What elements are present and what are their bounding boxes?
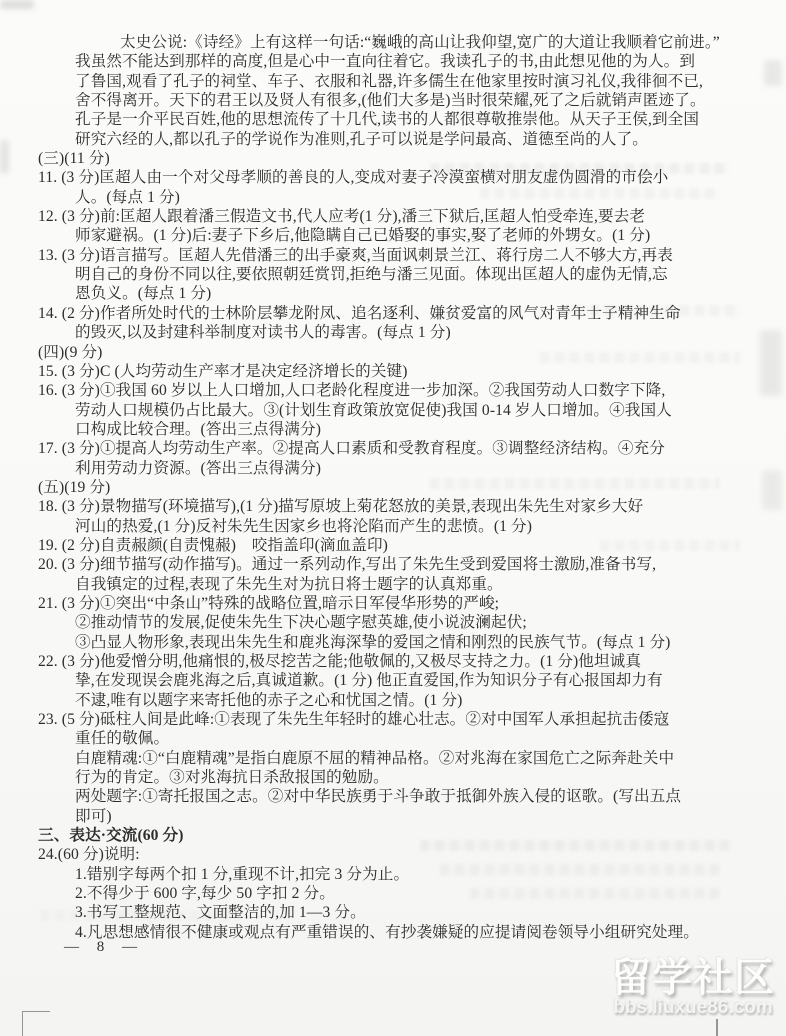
paragraph-line: 了鲁国,观看了孔子的祠堂、车子、衣服和礼器,许多儒生在他家里按时演习礼仪,我徘徊… bbox=[38, 72, 754, 91]
answer-sheet-page: 太史公说:《诗经》上有这样一句话:“巍峨的高山让我仰望,宽广的大道让我顺着它前进… bbox=[0, 0, 786, 1036]
answer-line-continuation: ②推动情节的发展,促使朱先生下决心题字慰英雄,使小说波澜起伏; bbox=[38, 613, 754, 632]
scanned-answer-key-page: { "document": { "lines": [ {"type":"p-fi… bbox=[0, 0, 786, 1036]
answer-line: (五)(19 分) bbox=[38, 478, 754, 497]
answer-line: (四)(9 分) bbox=[38, 343, 754, 362]
answer-line: 24.(60 分)说明: bbox=[38, 845, 754, 864]
answer-line-continuation: 明自己的身份不同以往,要依照朝廷赏罚,拒绝与潘三见面。体现出匡超人的虚伪无情,忘 bbox=[38, 265, 754, 284]
paragraph-line: 我虽然不能达到那样的高度,但是心中一直向往着它。我读孔子的书,由此想见他的为人。… bbox=[38, 52, 754, 71]
answer-line: 20. (3 分)细节描写(动作描写)。通过一系列动作,写出了朱先生受到爱国将士… bbox=[38, 555, 754, 574]
paragraph-line: 研究六经的人,都以孔子的学说作为准则,孔子可以说是学问最高、道德至尚的人了。 bbox=[38, 130, 754, 149]
answer-line-continuation: 4.凡思想感情很不健康或观点有严重错误的、有抄袭嫌疑的应提请阅卷领导小组研究处理… bbox=[38, 923, 754, 942]
document-body: 太史公说:《诗经》上有这样一句话:“巍峨的高山让我仰望,宽广的大道让我顺着它前进… bbox=[38, 33, 754, 942]
answer-line: 13. (3 分)语言描写。匡超人先借潘三的出手豪爽,当面讽刺景兰江、蒋行房二人… bbox=[38, 246, 754, 265]
answer-line-continuation: 劳动人口规模仍占比最大。③(计划生育政策放宽促使)我国 0-14 岁人口增加。④… bbox=[38, 401, 754, 420]
answer-line-continuation: 师家避祸。(1 分)后:妻子下乡后,他隐瞒自己已婚娶的事实,娶了老师的外甥女。(… bbox=[38, 226, 754, 245]
answer-line-continuation: 不逮,唯有以题字来寄托他的赤子之心和忧国之情。(1 分) bbox=[38, 691, 754, 710]
answer-line-continuation: 1.错别字每两个扣 1 分,重现不计,扣完 3 分为止。 bbox=[38, 865, 754, 884]
scan-edge-smudge bbox=[762, 470, 782, 510]
answer-line: 14. (2 分)作者所处时代的士林阶层攀龙附凤、追名逐利、嫌贫爱富的风气对青年… bbox=[38, 304, 754, 323]
page-number: — 8 — bbox=[64, 939, 140, 956]
paragraph-line: 舍不得离开。天下的君王以及贤人有很多,(他们大多是)当时很荣耀,死了之后就销声匿… bbox=[38, 91, 754, 110]
watermark-site-url: bbs.liuxue86.com bbox=[600, 998, 786, 1018]
answer-line: 19. (2 分)自责赧颜(自责愧赧) 咬指盖印(滴血盖印) bbox=[38, 536, 754, 555]
scan-tick-mark bbox=[716, 1019, 718, 1036]
paragraph-line: 孔子是一介平民百姓,他的思想流传了十几代,读书的人都很尊敬推崇他。从天子王侯,到… bbox=[38, 110, 754, 129]
answer-line: 23. (5 分)砥柱人间是此峰:①表现了朱先生年轻时的雄心壮志。②对中国军人承… bbox=[38, 710, 754, 729]
answer-line: 22. (3 分)他爱憎分明,他痛恨的,极尽挖苦之能;他敬佩的,又极尽支持之力。… bbox=[38, 652, 754, 671]
answer-line-continuation: 白鹿精魂:①“白鹿精魂”是指白鹿原不屈的精神品格。②对兆海在家国危亡之际奔赴关中 bbox=[38, 749, 754, 768]
answer-line-continuation: ③凸显人物形象,表现出朱先生和鹿兆海深挚的爱国之情和刚烈的民族气节。(每点 1 … bbox=[38, 633, 754, 652]
answer-line-continuation: 即可) bbox=[38, 807, 754, 826]
answer-line-continuation: 恩负义。(每点 1 分) bbox=[38, 284, 754, 303]
scan-edge-smudge bbox=[764, 60, 782, 86]
answer-line-continuation: 挚,在发现误会鹿兆海之后,真诚道歉。(1 分) 他正直爱国,作为知识分子有心报国… bbox=[38, 671, 754, 690]
answer-line-continuation: 3.书写工整规范、文面整洁的,加 1—3 分。 bbox=[38, 903, 754, 922]
answer-line-continuation: 河山的热爱,(1 分)反衬朱先生因家乡也将沦陷而产生的悲愤。(1 分) bbox=[38, 517, 754, 536]
answer-line-continuation: 的毁灭,以及封建科举制度对读书人的毒害。(每点 1 分) bbox=[38, 323, 754, 342]
scan-corner-mark bbox=[22, 1011, 50, 1036]
answer-line: 21. (3 分)①突出“中条山”特殊的战略位置,暗示日军侵华形势的严峻; bbox=[38, 594, 754, 613]
scan-edge-smudge bbox=[0, 140, 9, 174]
answer-line: (三)(11 分) bbox=[38, 149, 754, 168]
answer-line: 15. (3 分)C (人均劳动生产率才是决定经济增长的关键) bbox=[38, 362, 754, 381]
answer-line: 16. (3 分)①我国 60 岁以上人口增加,人口老龄化程度进一步加深。②我国… bbox=[38, 381, 754, 400]
answer-line-continuation: 重任的敬佩。 bbox=[38, 729, 754, 748]
section-heading: 三、表达·交流(60 分) bbox=[38, 826, 754, 845]
answer-line-continuation: 口构成比较合理。(答出三点得满分) bbox=[38, 420, 754, 439]
scan-edge-smudge bbox=[760, 330, 782, 396]
paragraph-line: 太史公说:《诗经》上有这样一句话:“巍峨的高山让我仰望,宽广的大道让我顺着它前进… bbox=[38, 33, 754, 52]
answer-line: 11. (3 分)匡超人由一个对父母孝顺的善良的人,变成对妻子冷漠蛮横对朋友虚伪… bbox=[38, 168, 754, 187]
watermark-site-name: 留学社区 bbox=[600, 956, 786, 1000]
scan-edge-smudge bbox=[0, 0, 34, 9]
answer-line-continuation: 行为的肯定。③对兆海抗日杀敌报国的勉励。 bbox=[38, 768, 754, 787]
answer-line-continuation: 2.不得少于 600 字,每少 50 字扣 2 分。 bbox=[38, 884, 754, 903]
answer-line: 18. (3 分)景物描写(环境描写),(1 分)描写原坡上菊花怒放的美景,表现… bbox=[38, 497, 754, 516]
watermark: 留学社区 bbs.liuxue86.com bbox=[600, 956, 786, 1018]
answer-line: 17. (3 分)①提高人均劳动生产率。②提高人口素质和受教育程度。③调整经济结… bbox=[38, 439, 754, 458]
answer-line-continuation: 自我镇定的过程,表现了朱先生对为抗日将士题字的认真郑重。 bbox=[38, 575, 754, 594]
answer-line-continuation: 两处题字:①寄托报国之志。②对中华民族勇于斗争敢于抵御外族入侵的讴歌。(写出五点 bbox=[38, 787, 754, 806]
answer-line: 12. (3 分)前:匡超人跟着潘三假造文书,代人应考(1 分),潘三下狱后,匡… bbox=[38, 207, 754, 226]
answer-line-continuation: 人。(每点 1 分) bbox=[38, 188, 754, 207]
answer-line-continuation: 利用劳动力资源。(答出三点得满分) bbox=[38, 459, 754, 478]
